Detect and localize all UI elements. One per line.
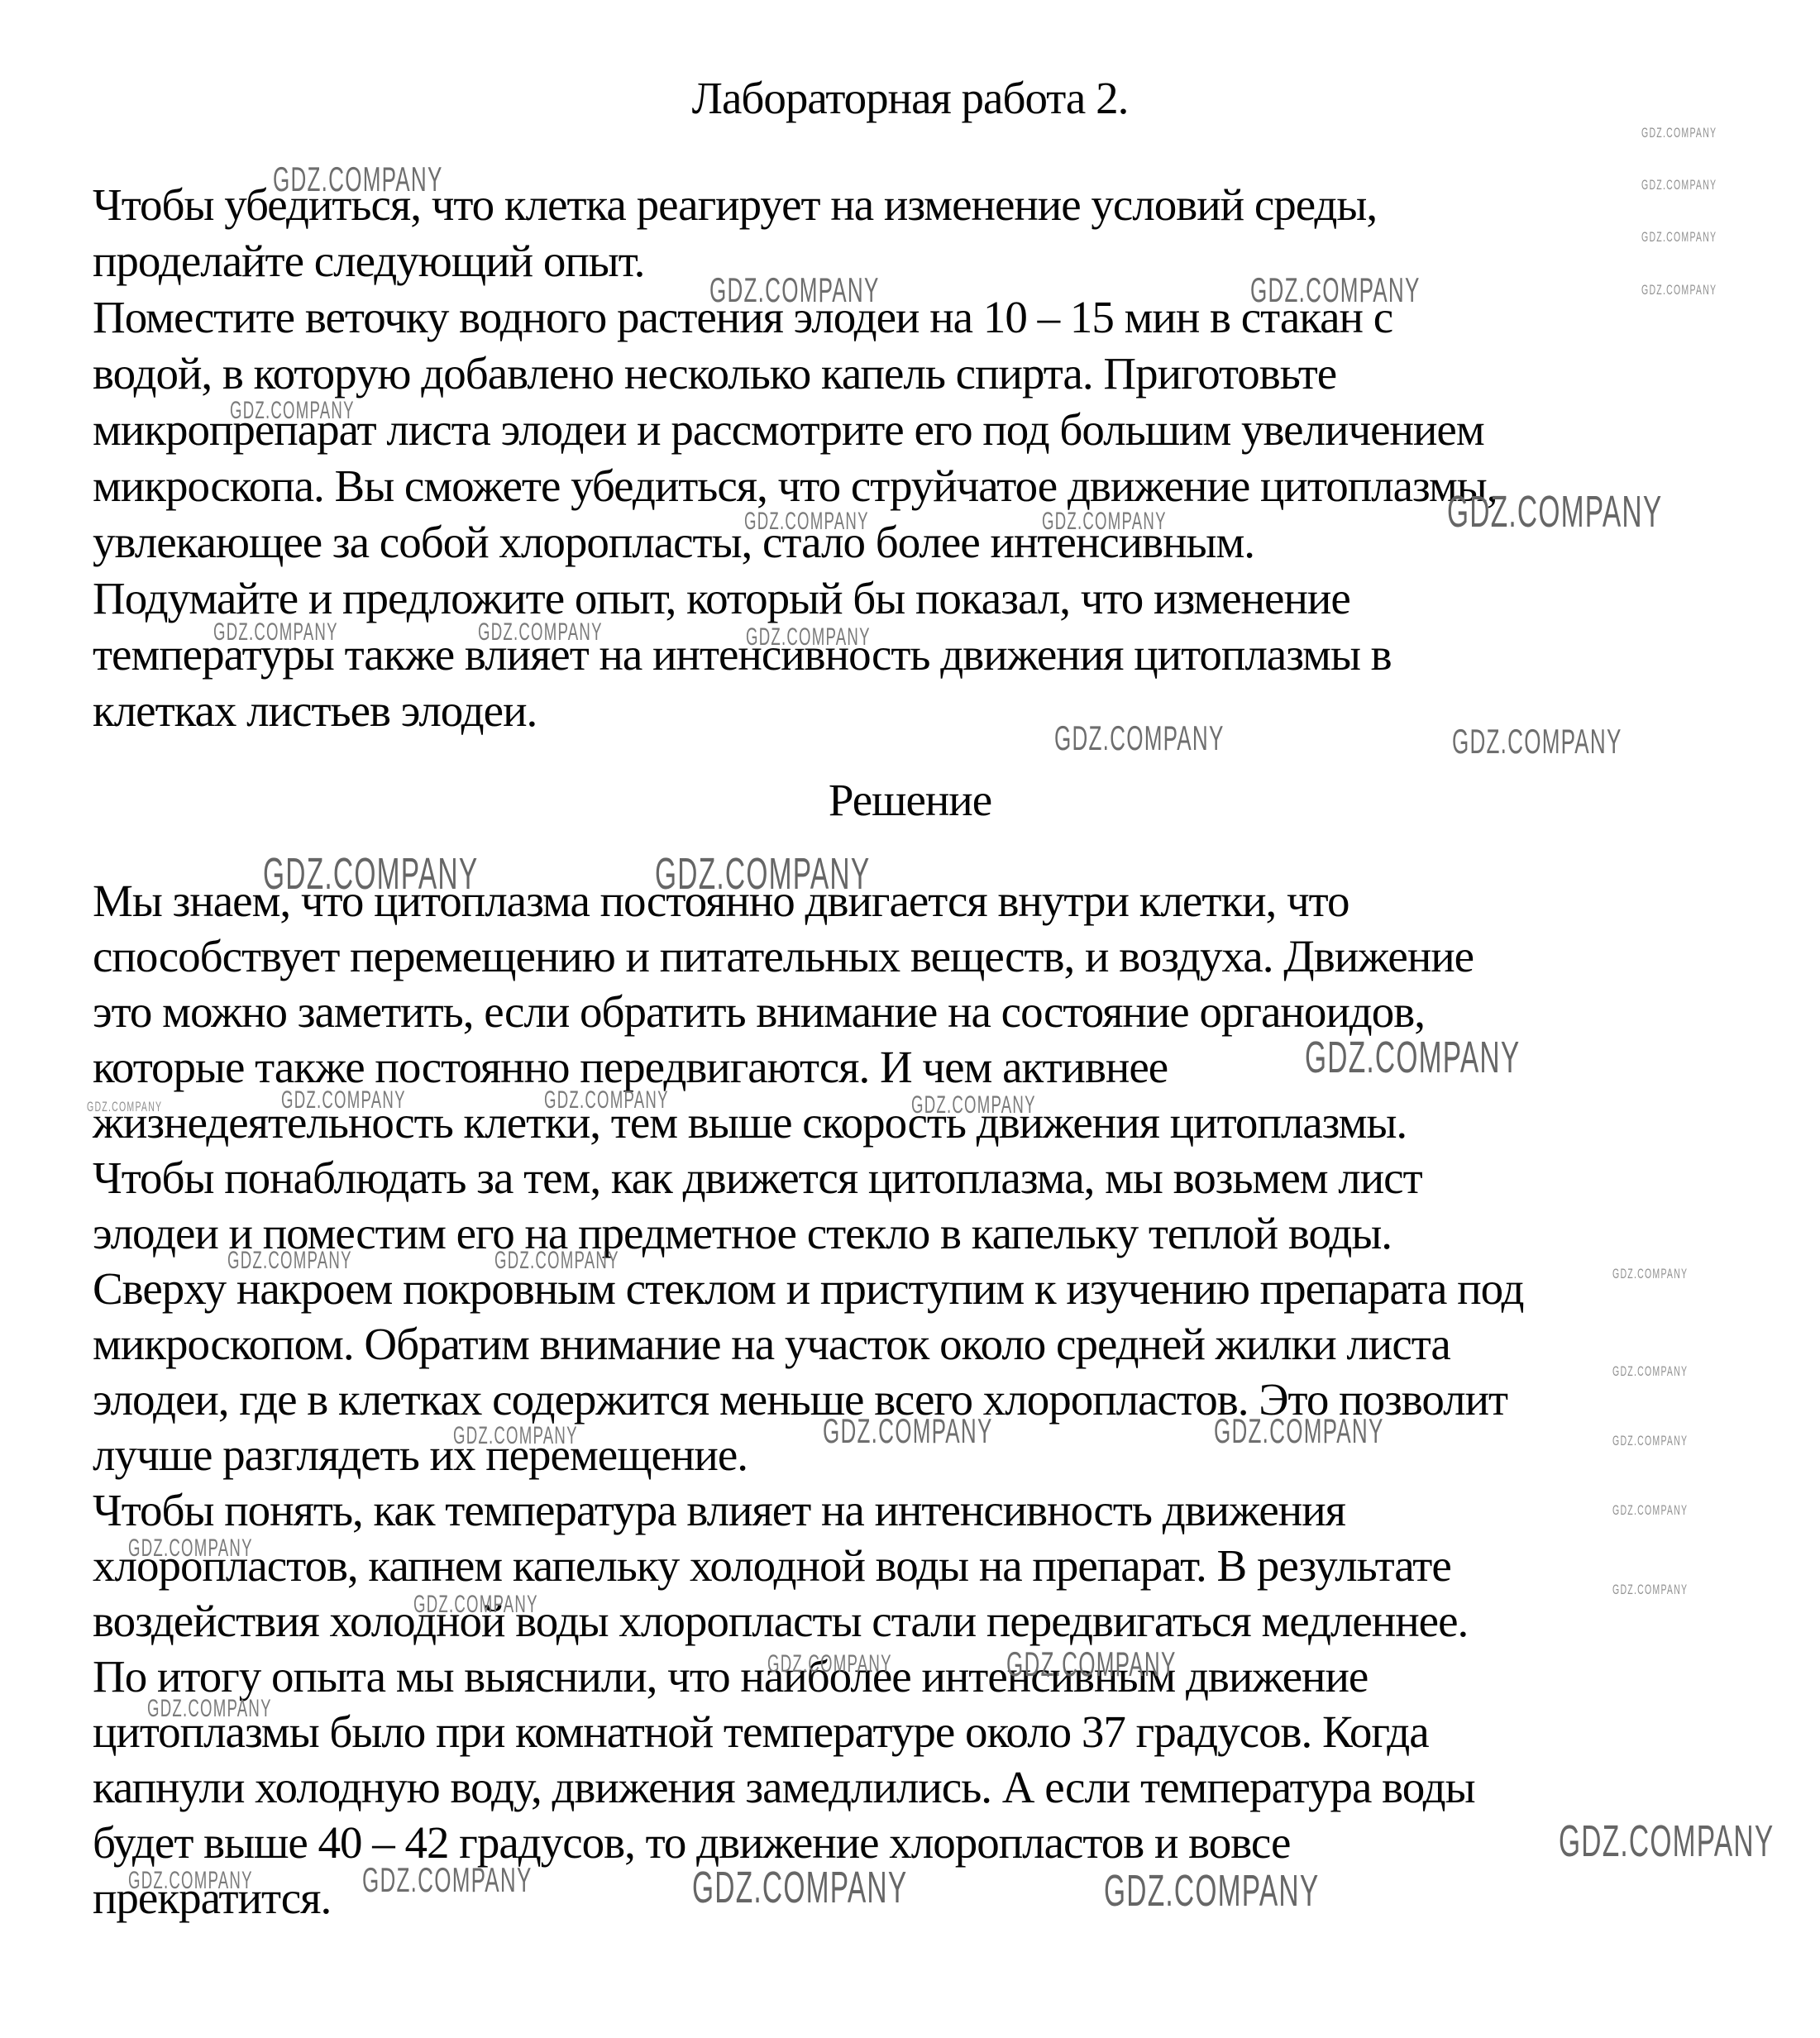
text-line: элодеи, где в клетках содержится меньше … <box>93 1372 1787 1427</box>
text-line: По итогу опыта мы выяснили, что наиболее… <box>93 1649 1787 1704</box>
text-line: Чтобы понять, как температура влияет на … <box>93 1482 1787 1538</box>
text-line: прекратится. <box>93 1870 1787 1926</box>
text-line: Чтобы убедиться, что клетка реагирует на… <box>93 177 1787 233</box>
text-line: Сверху накроем покровным стеклом и прист… <box>93 1261 1787 1316</box>
solution-paragraph: Мы знаем, что цитоплазма постоянно двига… <box>93 873 1787 1926</box>
text-line: которые также постоянно передвигаются. И… <box>93 1039 1787 1095</box>
text-line: Поместите веточку водного растения элоде… <box>93 289 1787 346</box>
text-line: капнули холодную воду, движения замедлил… <box>93 1759 1787 1815</box>
text-line: хлоропластов, капнем капельку холодной в… <box>93 1538 1787 1593</box>
text-line: водой, в которую добавлено несколько кап… <box>93 346 1787 402</box>
watermark: GDZ.COMPANY <box>1641 126 1717 140</box>
text-line: способствует перемещению и питательных в… <box>93 928 1787 984</box>
text-line: проделайте следующий опыт. <box>93 233 1787 289</box>
text-line: воздействия холодной воды хлоропласты ст… <box>93 1593 1787 1649</box>
text-line: Подумайте и предложите опыт, который бы … <box>93 570 1787 627</box>
document-page: Лабораторная работа 2. Чтобы убедиться, … <box>0 0 1820 2038</box>
question-paragraph: Чтобы убедиться, что клетка реагирует на… <box>93 177 1787 739</box>
text-line: лучше разглядеть их перемещение. <box>93 1427 1787 1482</box>
text-line: элодеи и поместим его на предметное стек… <box>93 1205 1787 1261</box>
text-line: увлекающее за собой хлоропласты, стало б… <box>93 514 1787 570</box>
text-line: жизнедеятельность клетки, тем выше скоро… <box>93 1095 1787 1150</box>
text-line: Мы знаем, что цитоплазма постоянно двига… <box>93 873 1787 928</box>
text-line: будет выше 40 – 42 градусов, то движение… <box>93 1815 1787 1870</box>
text-line: цитоплазмы было при комнатной температур… <box>93 1704 1787 1759</box>
text-line: микроскопом. Обратим внимание на участок… <box>93 1316 1787 1372</box>
text-line: Чтобы понаблюдать за тем, как движется ц… <box>93 1150 1787 1205</box>
solution-heading: Решение <box>0 772 1820 828</box>
text-line: температуры также влияет на интенсивност… <box>93 627 1787 683</box>
text-line: это можно заметить, если обратить вниман… <box>93 984 1787 1039</box>
text-line: микропрепарат листа элодеи и рассмотрите… <box>93 402 1787 458</box>
text-line: клетках листьев элодеи. <box>93 683 1787 739</box>
page-title: Лабораторная работа 2. <box>0 70 1820 126</box>
text-line: микроскопа. Вы сможете убедиться, что ст… <box>93 458 1787 514</box>
